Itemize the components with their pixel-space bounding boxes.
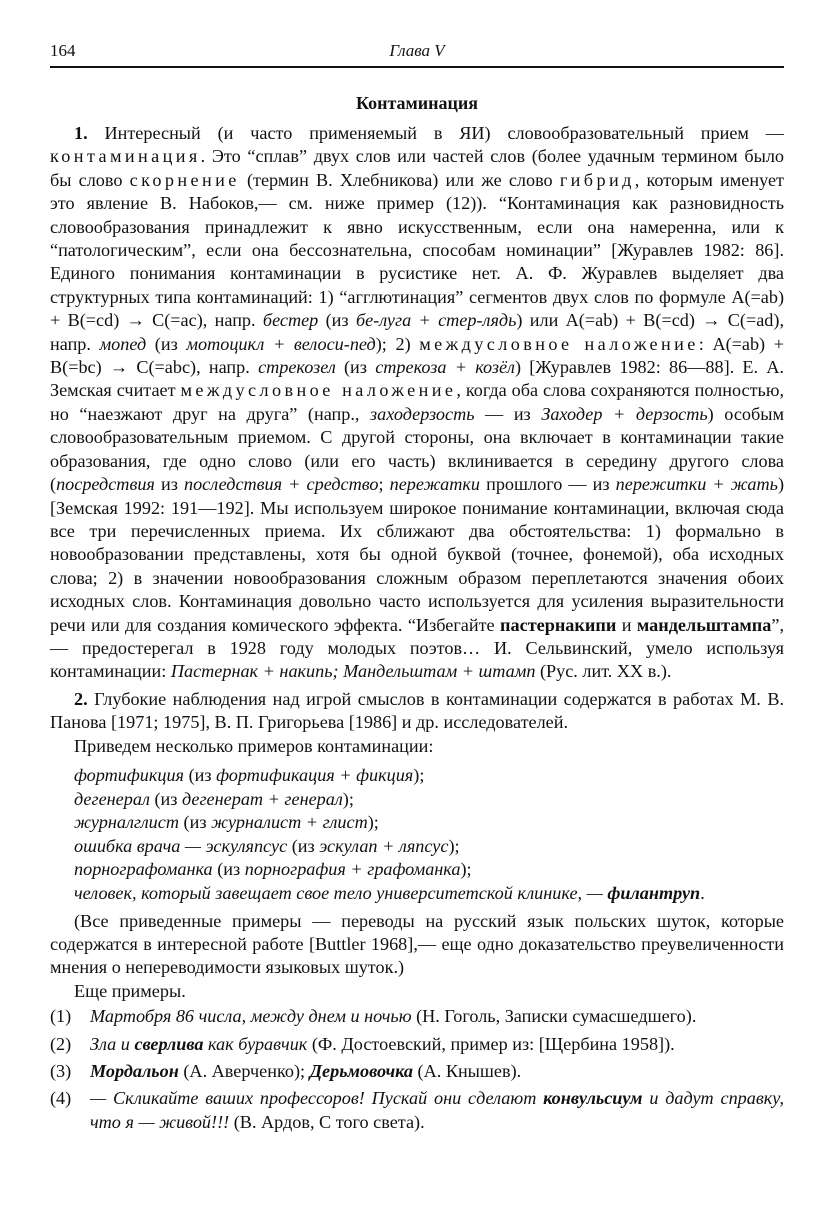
text: , которым именует это явление В. Набоков…: [50, 170, 784, 330]
citation: (Ф. Достоевский, пример из: [Щербина 195…: [307, 1034, 674, 1054]
spaced-term: контаминация: [50, 146, 201, 166]
item-text: — Скликайте ваших профессоров! Пускай он…: [90, 1087, 784, 1134]
text: ;: [378, 474, 389, 494]
example-word: мопед: [100, 334, 147, 354]
example-source: мотоцикл + велоси-пед: [186, 334, 375, 354]
body-text: 1. Интересный (и часто применяемый в ЯИ)…: [50, 122, 784, 1134]
bold-example: пастернакипи: [500, 615, 616, 635]
citation: (Н. Гоголь, Записки сумасшедшего).: [412, 1006, 697, 1026]
example-source: журналист + глист: [211, 812, 368, 832]
example-item: порнографоманка (из порнография + графом…: [74, 858, 784, 882]
bold-example: Дерьмовочка: [310, 1061, 413, 1081]
citation: (А. Кнышев).: [413, 1061, 521, 1081]
example-word: стрекозел: [258, 357, 336, 377]
example-source: порнография + графоманка: [245, 859, 461, 879]
spaced-term: гибрид: [560, 170, 635, 190]
bold-example: мандельштампа: [637, 615, 772, 635]
example-source: эскулап + ляпсус: [319, 836, 448, 856]
quote: Зла и: [90, 1034, 134, 1054]
quote: как буравчик: [203, 1034, 307, 1054]
spaced-term: междусловное наложение: [419, 334, 699, 354]
example-word: пережатки: [390, 474, 480, 494]
numbered-item: (4) — Скликайте ваших профессоров! Пуска…: [50, 1087, 784, 1134]
text: ); 2): [376, 334, 420, 354]
chapter-title: Глава V: [50, 40, 784, 62]
text: );: [448, 836, 459, 856]
paragraph-5: Еще примеры.: [50, 980, 784, 1003]
text: (из: [336, 357, 375, 377]
example-item: ошибка врача — эскуляпсус (из эскулап + …: [74, 835, 784, 859]
bold-example: Мордальон: [90, 1061, 179, 1081]
text: );: [413, 765, 424, 785]
text: и: [616, 615, 637, 635]
spaced-term: междусловное наложение: [181, 380, 457, 400]
example-item: человек, который завещает свое тело унив…: [74, 882, 784, 906]
examples-list: фортификция (из фортификация + фикция); …: [74, 764, 784, 906]
example-source: последствия + средство: [184, 474, 379, 494]
section-title: Контаминация: [50, 92, 784, 114]
example-source: стрекоза + козёл: [375, 357, 515, 377]
text: (термин В. Хлебникова) или же слово: [240, 170, 560, 190]
paragraph-1: 1. Интересный (и часто применяемый в ЯИ)…: [50, 122, 784, 684]
example-word: фортификция: [74, 765, 184, 785]
numbered-item: (3) Мордальон (А. Аверченко); Дерьмовочк…: [50, 1060, 784, 1083]
bold-example: сверлива: [134, 1034, 203, 1054]
paragraph-number: 1.: [74, 123, 88, 143]
paragraph-4: (Все приведенные примеры — переводы на р…: [50, 910, 784, 980]
text: (из: [146, 334, 186, 354]
citation: (А. Аверченко);: [179, 1061, 310, 1081]
example-word: дегенерал: [74, 789, 150, 809]
example-word: журналглист: [74, 812, 179, 832]
text: Интересный (и часто применяемый в ЯИ) сл…: [88, 123, 784, 143]
citation: (В. Ардов, С того света).: [229, 1112, 424, 1132]
running-head: 164 Глава V: [50, 40, 784, 62]
item-number: (2): [50, 1033, 90, 1056]
numbered-item: (2) Зла и сверлива как буравчик (Ф. Дост…: [50, 1033, 784, 1056]
example-source: Пастернак + накипь; Мандельштам + штамп: [171, 661, 536, 681]
text: (из: [318, 310, 356, 330]
example-item: журналглист (из журналист + глист);: [74, 811, 784, 835]
text: (из: [150, 789, 182, 809]
text: прошлого — из: [480, 474, 616, 494]
example-source: фортификация + фикция: [216, 765, 413, 785]
text: из: [155, 474, 184, 494]
example-word: человек, который завещает свое тело унив…: [74, 883, 607, 903]
example-source: Заходер + дерзость: [541, 404, 707, 424]
item-text: Мордальон (А. Аверченко); Дерьмовочка (А…: [90, 1060, 784, 1083]
item-text: Зла и сверлива как буравчик (Ф. Достоевс…: [90, 1033, 784, 1056]
example-source: бе-луга + стер-лядь: [356, 310, 516, 330]
example-source: пережитки + жать: [616, 474, 778, 494]
text: (из: [287, 836, 319, 856]
example-item: дегенерал (из дегенерат + генерал);: [74, 788, 784, 812]
example-word: заходерзость: [370, 404, 474, 424]
paragraph-2: 2. Глубокие наблюдения над игрой смыслов…: [50, 688, 784, 735]
item-number: (4): [50, 1087, 90, 1134]
header-rule: [50, 66, 784, 68]
quote: — Скликайте ваших профессоров! Пускай он…: [90, 1088, 543, 1108]
spaced-term: скорнение: [130, 170, 240, 190]
bold-example: конвульсиум: [543, 1088, 642, 1108]
item-number: (3): [50, 1060, 90, 1083]
text: .: [700, 883, 705, 903]
example-word: порнографоманка: [74, 859, 213, 879]
text: — из: [474, 404, 541, 424]
item-number: (1): [50, 1005, 90, 1028]
text: (из: [213, 859, 245, 879]
book-page: 164 Глава V Контаминация 1. Интересный (…: [50, 40, 784, 1138]
example-item: фортификция (из фортификация + фикция);: [74, 764, 784, 788]
example-word: ошибка врача — эскуляпсус: [74, 836, 287, 856]
numbered-item: (1) Мартобря 86 числа, между днем и ночь…: [50, 1005, 784, 1028]
example-source: дегенерат + генерал: [182, 789, 343, 809]
example-word: бестер: [263, 310, 318, 330]
paragraph-number: 2.: [74, 689, 88, 709]
example-source: филантруп: [607, 883, 700, 903]
text: );: [368, 812, 379, 832]
text: Глубокие наблюдения над игрой смыслов в …: [50, 689, 784, 732]
text: );: [460, 859, 471, 879]
paragraph-3: Приведем несколько примеров контаминации…: [50, 735, 784, 758]
text: (из: [179, 812, 211, 832]
text: ) [Земская 1992: 191—192]. Мы используем…: [50, 474, 784, 634]
numbered-examples: (1) Мартобря 86 числа, между днем и ночь…: [50, 1005, 784, 1134]
example-word: посредствия: [56, 474, 155, 494]
text: (Рус. лит. XX в.).: [535, 661, 671, 681]
text: (из: [184, 765, 216, 785]
text: );: [343, 789, 354, 809]
quote: Мартобря 86 числа, между днем и ночью: [90, 1006, 412, 1026]
item-text: Мартобря 86 числа, между днем и ночью (Н…: [90, 1005, 784, 1028]
